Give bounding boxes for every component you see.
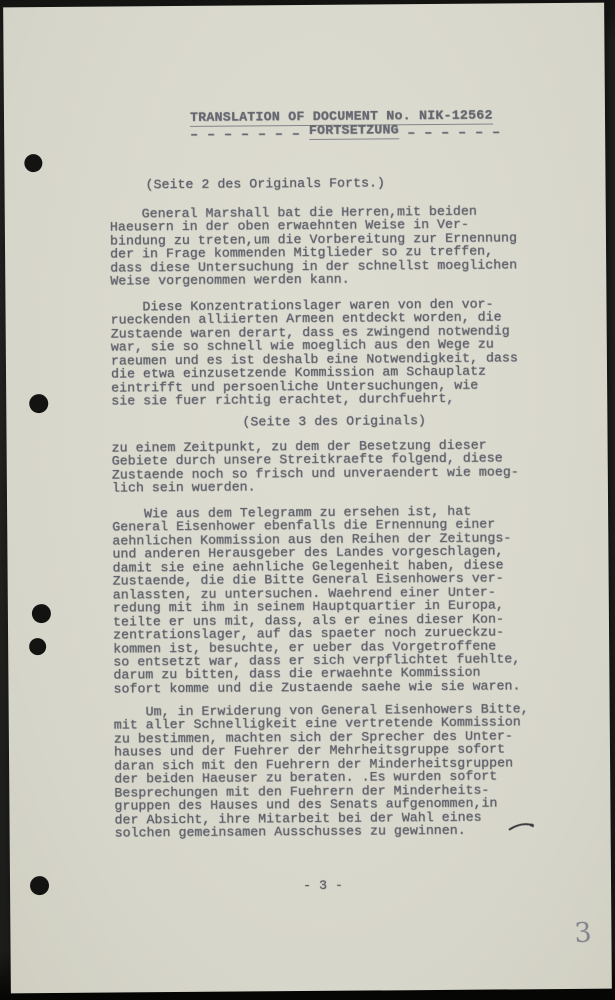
original-page-note-3: (Seite 3 des Originals) — [242, 414, 426, 429]
continuation-label: FORTSETZUNG — [309, 122, 399, 139]
punch-hole — [30, 876, 49, 895]
paragraph-5: Um, in Erwiderung von General Eisenhower… — [114, 702, 530, 840]
original-page-note-2: (Seite 2 des Originals Forts.) — [145, 176, 384, 191]
paragraph-4: Wie aus dem Telegramm zu ersehen ist, ha… — [112, 504, 520, 696]
pen-mark — [508, 818, 540, 834]
continuation-line: – – – – – – – FORTSETZUNG – – – – – – — [190, 122, 501, 138]
paragraph-3: zu einem Zeitpunkt, zu dem der Besetzung… — [112, 438, 519, 495]
paragraph-1: General Marshall bat die Herren,mit beid… — [110, 204, 518, 288]
handwritten-page-number: 3 — [574, 917, 593, 949]
scanned-document-page: { "document": { "header": { "title": "TR… — [0, 0, 615, 1000]
punch-hole — [32, 604, 51, 623]
paragraph-2: Diese Konzentrationslager waren von den … — [110, 297, 518, 408]
dash-rule-left: – – – – – – – — [190, 126, 309, 142]
dash-rule-right: – – – – – – — [399, 124, 501, 140]
punch-hole — [24, 154, 42, 172]
punch-hole — [29, 638, 46, 655]
paper-sheet: TRANSLATION OF DOCUMENT No. NIK-12562 – … — [3, 3, 612, 994]
page-number: - 3 - — [303, 879, 343, 893]
punch-hole — [29, 394, 48, 413]
